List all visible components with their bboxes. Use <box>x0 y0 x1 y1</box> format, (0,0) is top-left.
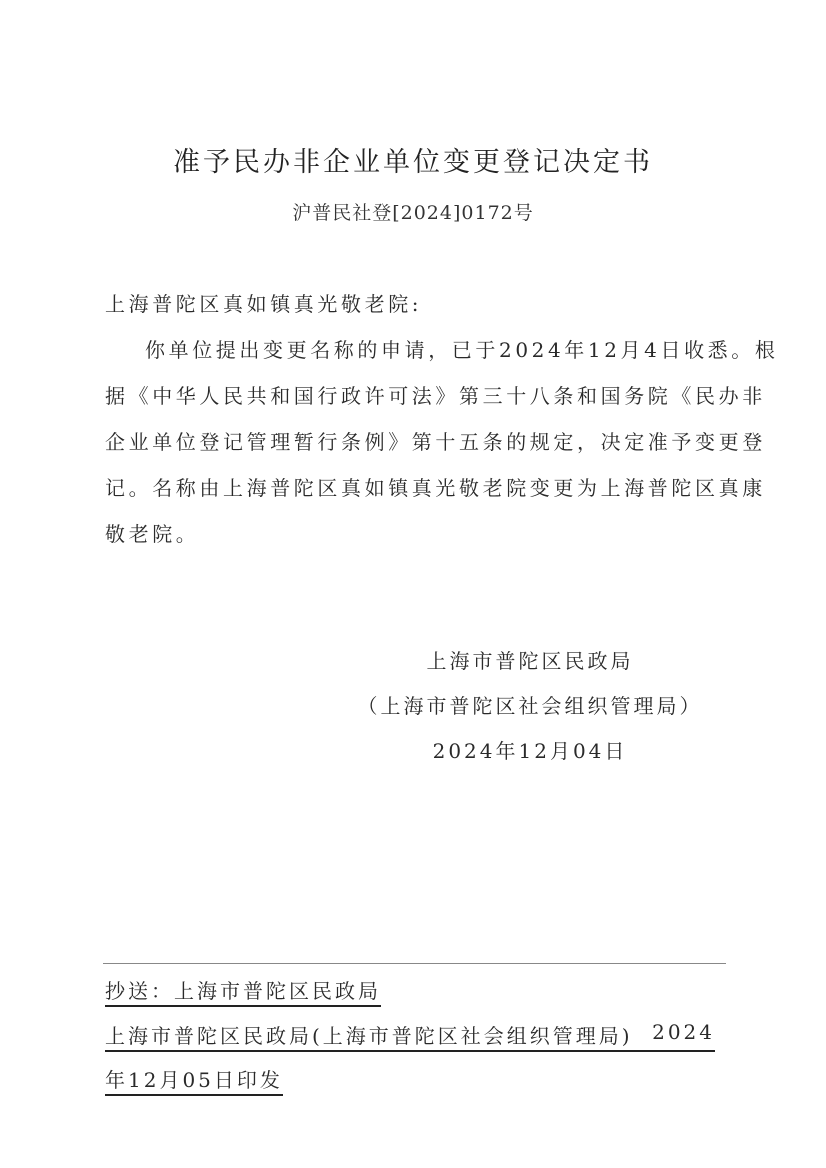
addressee: 上海普陀区真如镇真光敬老院: <box>105 288 422 317</box>
document-title: 准予民办非企业单位变更登记决定书 <box>0 140 826 179</box>
body-line: 据《中华人民共和国行政许可法》第三十八条和国务院《民办非 <box>105 380 766 409</box>
printer-line: 上海市普陀区民政局(上海市普陀区社会组织管理局) 2024 <box>105 1020 715 1052</box>
issuer-name: 上海市普陀区民政局 <box>0 645 826 674</box>
printer-name: 上海市普陀区民政局(上海市普陀区社会组织管理局) <box>105 1020 633 1049</box>
document-number: 沪普民社登[2024]0172号 <box>0 198 826 225</box>
issuer-alias: （上海市普陀区社会组织管理局） <box>0 690 826 719</box>
issue-date: 2024年12月04日 <box>0 735 826 764</box>
body-line: 你单位提出变更名称的申请，已于2024年12月4日收悉。根 <box>145 334 778 363</box>
body-line: 企业单位登记管理暂行条例》第十五条的规定，决定准予变更登 <box>105 426 766 455</box>
print-year: 2024 <box>652 1020 715 1049</box>
body-line: 敬老院。 <box>105 518 199 547</box>
print-date-line: 年12月05日印发 <box>105 1064 283 1096</box>
body-line: 记。名称由上海普陀区真如镇真光敬老院变更为上海普陀区真康 <box>105 472 766 501</box>
footer-divider <box>103 963 726 964</box>
cc-line: 抄送：上海市普陀区民政局 <box>105 975 381 1007</box>
